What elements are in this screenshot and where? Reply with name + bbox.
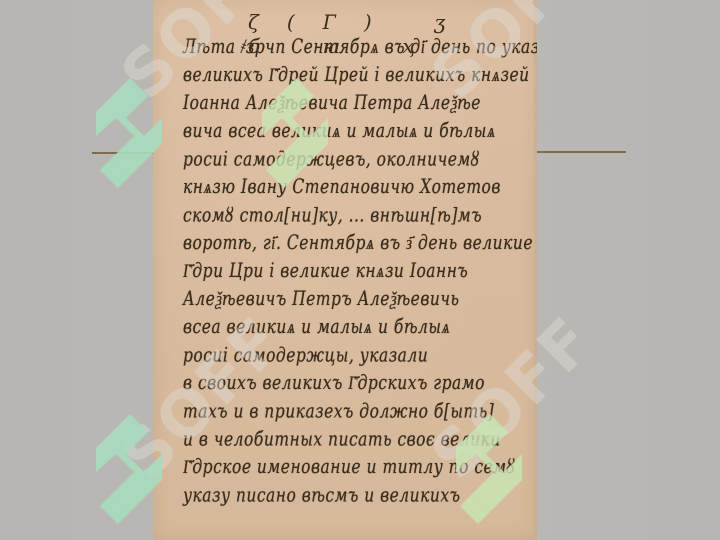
manuscript-line: кнѧзю Івану Степановичю Хотетов [183,176,501,200]
paper-edge [534,0,537,540]
manuscript-scan: ζ(Г) ӡ б ꙗ ҳ Лѣта ҂зрчп Сентябрѧ въ ді҃ … [153,0,537,540]
manuscript-line: скомȣ стол[ни]ку, ... внѣшн[ѣ]мъ [183,204,482,227]
manuscript-line: великихъ Г҃дрей Црей і великихъ кнѧзей [183,64,530,88]
manuscript-line: Г҃дрское именование и титлу по семȣ [183,456,516,480]
manuscript-line: воротѣ, гі҃. Сентябрѧ въ з҃ день великие [183,232,533,256]
right-divider-line [537,151,626,153]
manuscript-line: вича всеа великиѧ и малыѧ и бѣлыѧ [183,120,496,144]
manuscript-line: указу писано вѣсмъ и великихъ [183,484,460,507]
manuscript-line: Лѣта ҂зрчп Сентябрѧ въ ді҃ день по указу [183,36,537,60]
manuscript-line: Іоанна Алеѯѣевича Петра Алеѯѣе [183,92,481,116]
manuscript-line: росиі самодержцы, указали [183,344,428,367]
manuscript-line: тахъ и в приказехъ должно б[ыть] [183,400,494,423]
manuscript-line: Алеѯѣевичъ Петръ Алеѯѣевичь [183,288,459,312]
slide-background: ζ(Г) ӡ б ꙗ ҳ Лѣта ҂зрчп Сентябрѧ въ ді҃ … [0,0,720,540]
manuscript-line: всеа великиѧ и малыѧ и бѣлыѧ [183,316,450,340]
manuscript-line: Г҃дри Цри і великие кнѧзи Іоаннъ [183,260,468,284]
manuscript-line: росиі самодержцевъ, околничемȣ [183,148,480,171]
left-divider-line [92,152,154,154]
manuscript-line: и в челобитных писать своє велики [183,428,501,451]
manuscript-line: в своихъ великихъ Г҃дрскихъ грамо [183,372,485,396]
